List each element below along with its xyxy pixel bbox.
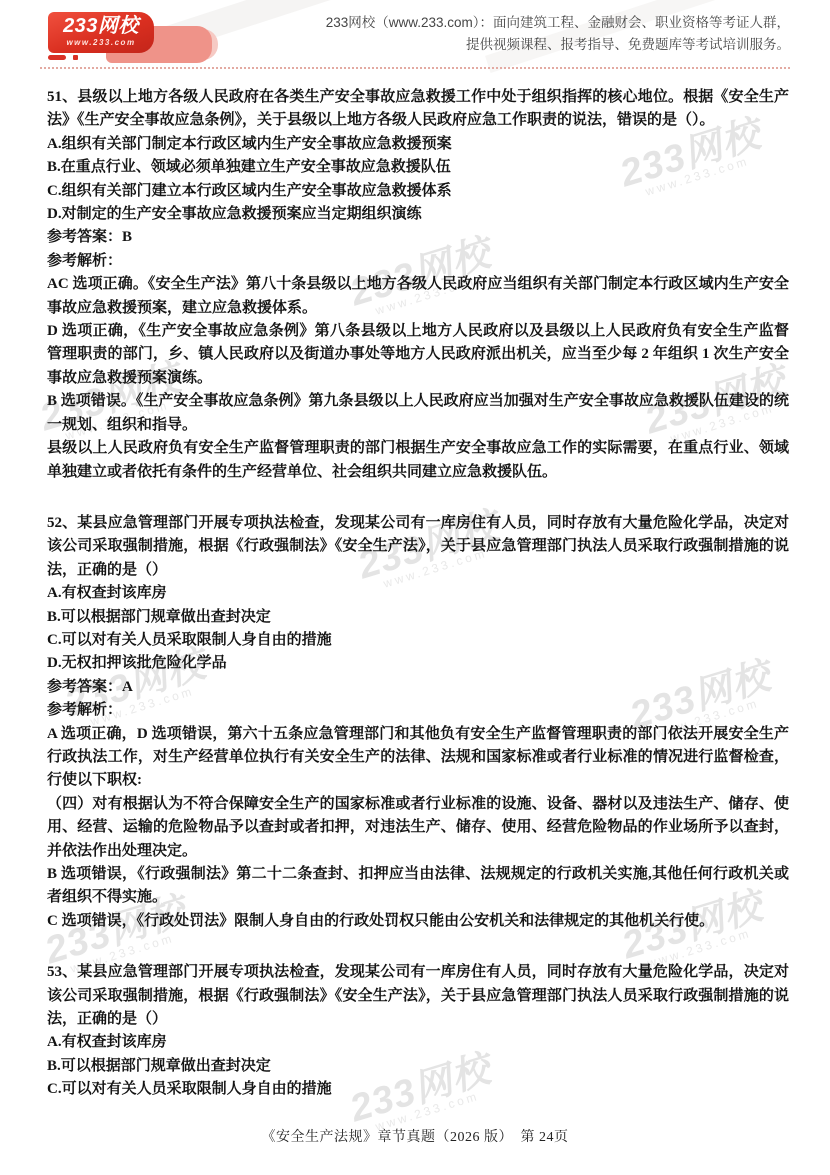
logo-dash-decor — [48, 55, 66, 60]
question-52-option-d: D.无权扣押该批危险化学品 — [47, 652, 789, 675]
footer-text: 《安全生产法规》章节真题（2026 版） 第 24页 — [262, 1130, 569, 1145]
header-tagline-line1: 233网校（www.233.com）：面向建筑工程、金融财会、职业资格等考证人群… — [326, 12, 790, 34]
question-52-option-c: C.可以对有关人员采取限制人身自由的措施 — [47, 629, 789, 652]
question-52-option-a: A.有权查封该库房 — [47, 582, 789, 605]
question-51-option-c: C.组织有关部门建立本行政区域内生产安全事故应急救援体系 — [47, 180, 789, 203]
question-51-option-a: A.组织有关部门制定本行政区域内生产安全事故应急救援预案 — [47, 133, 789, 156]
header-divider — [40, 67, 790, 69]
document-page: 233网校 www.233.com 233网校（www.233.com）：面向建… — [0, 0, 830, 1175]
header-tagline-line2: 提供视频课程、报考指导、免费题库等考试培训服务。 — [326, 34, 790, 56]
question-gap — [47, 933, 789, 961]
logo-dot-decor — [73, 55, 78, 60]
question-53-stem: 53、某县应急管理部门开展专项执法检查，发现某公司有一库房住有人员，同时存放有大… — [47, 961, 789, 1031]
question-52-answer: 参考答案：A — [47, 676, 789, 699]
question-51-analysis-p2: D 选项正确，《生产安全事故应急条例》第八条县级以上地方人民政府以及县级以上人民… — [47, 320, 789, 390]
question-52-analysis-p2: （四）对有根据认为不符合保障安全生产的国家标准或者行业标准的设施、设备、器材以及… — [47, 793, 789, 863]
question-51-analysis-p4: 县级以上人民政府负有安全生产监督管理职责的部门根据生产安全事故应急工作的实际需要… — [47, 437, 789, 484]
question-gap — [47, 484, 789, 512]
question-52-analysis-label: 参考解析： — [47, 699, 789, 722]
question-51-option-b: B.在重点行业、领域必须单独建立生产安全事故应急救援队伍 — [47, 156, 789, 179]
page-header: 233网校 www.233.com 233网校（www.233.com）：面向建… — [0, 0, 830, 70]
document-body: 51、县级以上地方各级人民政府在各类生产安全事故应急救援工作中处于组织指挥的核心… — [47, 86, 789, 1102]
question-53-option-b: B.可以根据部门规章做出查封决定 — [47, 1055, 789, 1078]
logo-233wangxiao[interactable]: 233网校 www.233.com — [48, 12, 188, 62]
header-tagline: 233网校（www.233.com）：面向建筑工程、金融财会、职业资格等考证人群… — [326, 12, 790, 56]
question-51-analysis-p3: B 选项错误。《生产安全事故应急条例》第九条县级以上人民政府应当加强对生产安全事… — [47, 390, 789, 437]
question-52-stem: 52、某县应急管理部门开展专项执法检查，发现某公司有一库房住有人员，同时存放有大… — [47, 512, 789, 582]
question-51-stem: 51、县级以上地方各级人民政府在各类生产安全事故应急救援工作中处于组织指挥的核心… — [47, 86, 789, 133]
question-51-option-d: D.对制定的生产安全事故应急救援预案应当定期组织演练 — [47, 203, 789, 226]
question-52-analysis-p3: B 选项错误，《行政强制法》第二十二条查封、扣押应当由法律、法规规定的行政机关实… — [47, 863, 789, 910]
question-53-option-a: A.有权查封该库房 — [47, 1031, 789, 1054]
question-51-analysis-label: 参考解析： — [47, 250, 789, 273]
logo-url-text: www.233.com — [48, 38, 154, 48]
question-51-answer: 参考答案：B — [47, 226, 789, 249]
question-52-analysis-p1: A 选项正确，D 选项错误，第六十五条应急管理部门和其他负有安全生产监督管理职责… — [47, 723, 789, 793]
question-53-option-c: C.可以对有关人员采取限制人身自由的措施 — [47, 1078, 789, 1101]
question-52-analysis-p4: C 选项错误，《行政处罚法》限制人身自由的行政处罚权只能由公安机关和法律规定的其… — [47, 910, 789, 933]
logo-text: 233网校 — [48, 15, 154, 38]
page-footer: 《安全生产法规》章节真题（2026 版） 第 24页 — [0, 1126, 830, 1146]
logo-badge: 233网校 www.233.com — [48, 12, 154, 53]
question-52-option-b: B.可以根据部门规章做出查封决定 — [47, 606, 789, 629]
question-51-analysis-p1: AC 选项正确。《安全生产法》第八十条县级以上地方各级人民政府应当组织有关部门制… — [47, 273, 789, 320]
